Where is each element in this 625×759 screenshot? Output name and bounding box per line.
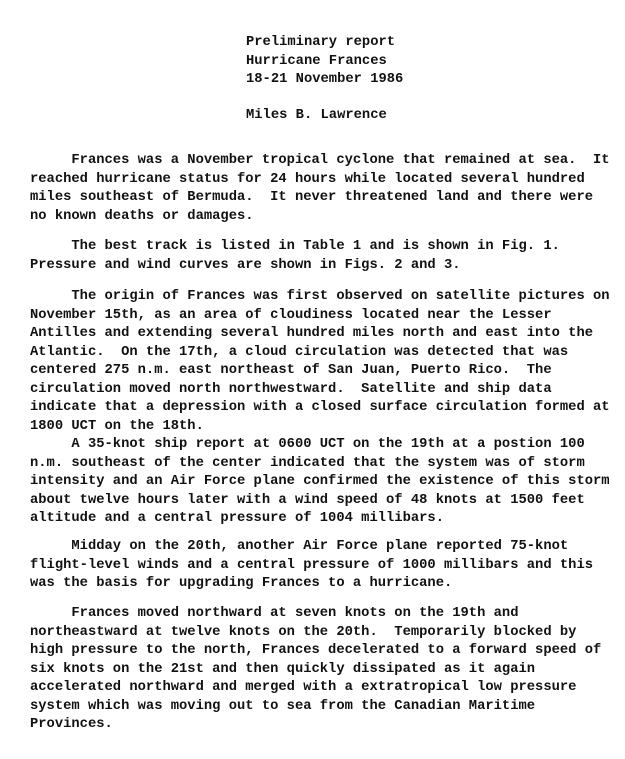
text-line: Midday on the 20th, another Air Force pl… — [30, 538, 568, 557]
text-line: Frances moved northward at seven knots o… — [30, 605, 519, 624]
text-line: n.m. southeast of the center indicated t… — [30, 455, 585, 474]
text-line: accelerated northward and merged with a … — [30, 679, 576, 698]
text-line: system which was moving out to sea from … — [30, 698, 535, 717]
text-line: Atlantic. On the 17th, a cloud circulati… — [30, 344, 568, 363]
text-line: six knots on the 21st and then quickly d… — [30, 661, 535, 680]
author: Miles B. Lawrence — [246, 107, 387, 126]
storm-name: Hurricane Frances — [246, 53, 387, 72]
text-line: centered 275 n.m. east northeast of San … — [30, 362, 552, 381]
text-line: 1800 UCT on the 18th. — [30, 418, 204, 437]
text-line: circulation moved north northwestward. S… — [30, 381, 552, 400]
text-line: intensity and an Air Force plane confirm… — [30, 473, 610, 492]
text-line: northeastward at twelve knots on the 20t… — [30, 624, 576, 643]
text-line: high pressure to the north, Frances dece… — [30, 642, 601, 661]
report-type: Preliminary report — [246, 34, 395, 53]
text-line: altitude and a central pressure of 1004 … — [30, 510, 444, 529]
text-line: A 35-knot ship report at 0600 UCT on the… — [30, 436, 585, 455]
text-line: miles southeast of Bermuda. It never thr… — [30, 189, 593, 208]
text-line: was the basis for upgrading Frances to a… — [30, 575, 452, 594]
text-line: The best track is listed in Table 1 and … — [30, 238, 560, 257]
text-line: November 15th, as an area of cloudiness … — [30, 307, 552, 326]
text-line: Frances was a November tropical cyclone … — [30, 152, 610, 171]
document-page: Preliminary report Hurricane Frances 18-… — [0, 0, 625, 759]
text-line: about twelve hours later with a wind spe… — [30, 492, 585, 511]
text-line: The origin of Frances was first observed… — [30, 288, 610, 307]
text-line: indicate that a depression with a closed… — [30, 399, 610, 418]
text-line: flight-level winds and a central pressur… — [30, 557, 593, 576]
text-line: Provinces. — [30, 716, 113, 735]
text-line: reached hurricane status for 24 hours wh… — [30, 171, 585, 190]
date-range: 18-21 November 1986 — [246, 71, 403, 90]
text-line: Antilles and extending several hundred m… — [30, 325, 593, 344]
text-line: Pressure and wind curves are shown in Fi… — [30, 257, 461, 276]
text-line: no known deaths or damages. — [30, 208, 254, 227]
